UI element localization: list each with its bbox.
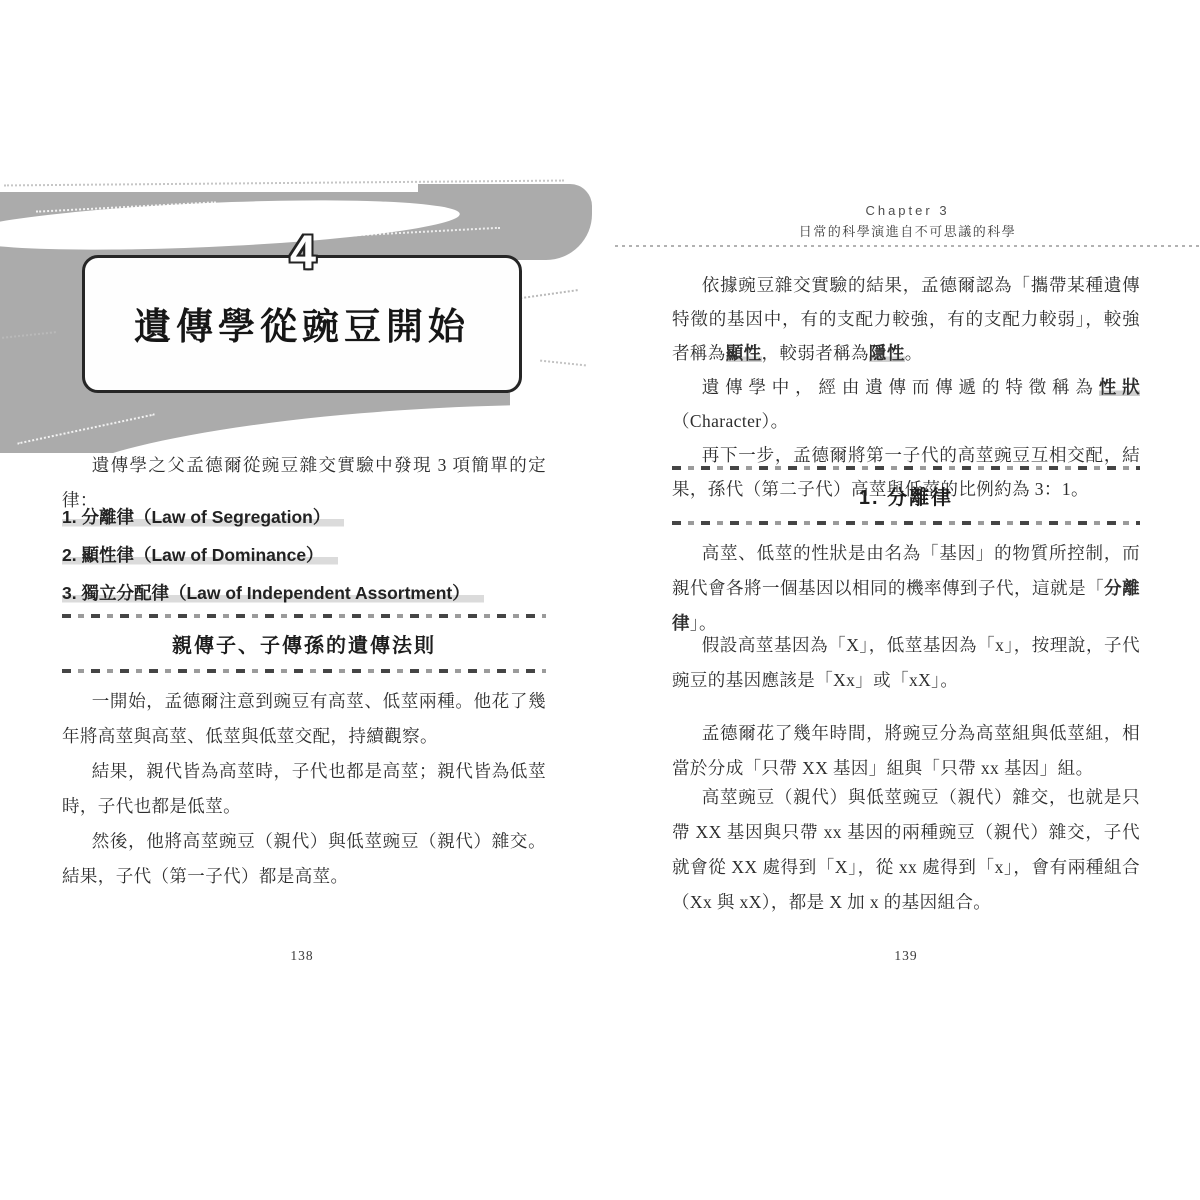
text-run: 高莖、低莖的性狀是由名為「基因」的物質所控制，而親代會各將一個基因以相同的機率傳… bbox=[672, 543, 1140, 598]
dashed-rule bbox=[672, 521, 1140, 525]
paragraph: 孟德爾花了幾年時間，將豌豆分為高莖組與低莖組，相當於分成「只帶 XX 基因」組與… bbox=[672, 716, 1140, 786]
paragraph: 假設高莖基因為「X」，低莖基因為「x」，按理說，子代豌豆的基因應該是「Xx」或「… bbox=[672, 628, 1140, 698]
text-run: 高莖豌豆（親代）與低莖豌豆（親代）雜交，也就是只帶 XX 基因與只帶 xx 基因… bbox=[672, 787, 1140, 912]
chapter-number: 4 bbox=[278, 224, 328, 279]
dashed-rule bbox=[672, 466, 1140, 470]
list-item: 3. 獨立分配律（Law of Independent Assortment） bbox=[62, 580, 546, 605]
text-run: 。 bbox=[905, 343, 923, 363]
right-body-p5: 假設高莖基因為「X」，低莖基因為「x」，按理說，子代豌豆的基因應該是「Xx」或「… bbox=[672, 628, 1140, 698]
right-body-p7: 高莖豌豆（親代）與低莖豌豆（親代）雜交，也就是只帶 XX 基因與只帶 xx 基因… bbox=[672, 780, 1140, 920]
dashed-rule bbox=[62, 614, 546, 618]
section-header: 1. 分離律 bbox=[672, 481, 1140, 510]
text-run: 假設高莖基因為「X」，低莖基因為「x」，按理說，子代豌豆的基因應該是「Xx」或「… bbox=[672, 635, 1140, 690]
paragraph: 高莖豌豆（親代）與低莖豌豆（親代）雜交，也就是只帶 XX 基因與只帶 xx 基因… bbox=[672, 780, 1140, 920]
left-body: 一開始，孟德爾注意到豌豆有高莖、低莖兩種。他花了幾年將高莖與高莖、低莖與低莖交配… bbox=[62, 684, 546, 894]
paragraph: 高莖、低莖的性狀是由名為「基因」的物質所控制，而親代會各將一個基因以相同的機率傳… bbox=[672, 536, 1140, 641]
laws-list: 1. 分離律（Law of Segregation） 2. 顯性律（Law of… bbox=[62, 504, 546, 618]
text-run: 孟德爾花了幾年時間，將豌豆分為高莖組與低莖組，相當於分成「只帶 XX 基因」組與… bbox=[672, 723, 1140, 778]
paragraph: 一開始，孟德爾注意到豌豆有高莖、低莖兩種。他花了幾年將高莖與高莖、低莖與低莖交配… bbox=[62, 684, 546, 754]
text-run: ，較弱者稱為 bbox=[762, 343, 869, 363]
emphasized-term: 性狀 bbox=[1099, 377, 1140, 397]
right-body-p4: 高莖、低莖的性狀是由名為「基因」的物質所控制，而親代會各將一個基因以相同的機率傳… bbox=[672, 536, 1140, 641]
decorative-squiggle bbox=[540, 360, 586, 367]
section-header-block: 親傳子、子傳孫的遺傳法則 bbox=[62, 614, 546, 673]
list-item: 1. 分離律（Law of Segregation） bbox=[62, 504, 546, 529]
section-header-block: 1. 分離律 bbox=[672, 466, 1140, 525]
emphasized-term: 隱性 bbox=[869, 343, 905, 363]
paragraph: 結果，親代皆為高莖時，子代也都是高莖；親代皆為低莖時，子代也都是低莖。 bbox=[62, 754, 546, 824]
text-run: 遺傳學中，經由遺傳而傳遞的特徵稱為 bbox=[702, 377, 1099, 397]
paragraph: 依據豌豆雜交實驗的結果，孟德爾認為「攜帶某種遺傳特徵的基因中，有的支配力較強，有… bbox=[672, 268, 1140, 370]
list-item: 2. 顯性律（Law of Dominance） bbox=[62, 542, 546, 567]
dashed-rule bbox=[62, 669, 546, 673]
chapter-title: 遺傳學從豌豆開始 bbox=[82, 296, 522, 350]
section-header: 親傳子、子傳孫的遺傳法則 bbox=[62, 629, 546, 658]
running-subtitle: 日常的科學演進自不可思議的科學 bbox=[615, 221, 1200, 240]
running-head: Chapter 3 bbox=[615, 203, 1200, 218]
page-number-left: 138 bbox=[262, 948, 342, 964]
paragraph: 然後，他將高莖豌豆（親代）與低莖豌豆（親代）雜交。結果，子代（第一子代）都是高莖… bbox=[62, 824, 546, 894]
emphasized-term: 顯性 bbox=[726, 343, 762, 363]
right-body-p6: 孟德爾花了幾年時間，將豌豆分為高莖組與低莖組，相當於分成「只帶 XX 基因」組與… bbox=[672, 716, 1140, 786]
text-run: （Character）。 bbox=[672, 411, 789, 431]
paragraph: 遺傳學中，經由遺傳而傳遞的特徵稱為性狀（Character）。 bbox=[672, 370, 1140, 438]
page-number-right: 139 bbox=[866, 948, 946, 964]
dotted-rule bbox=[615, 245, 1200, 247]
